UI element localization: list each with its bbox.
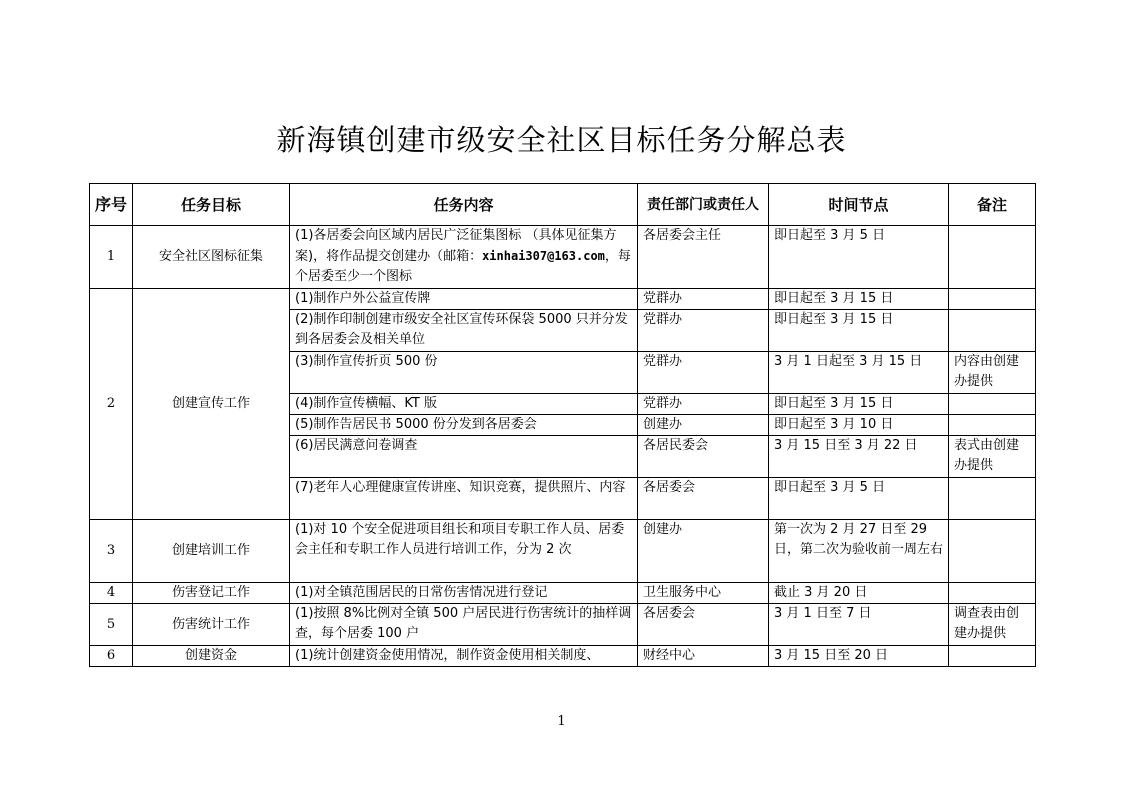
header-deadline: 时间节点 [769,184,949,226]
row-goal: 伤害登记工作 [133,583,290,604]
row-remark [949,289,1036,310]
header-owner: 责任部门或责任人 [638,184,769,226]
row-owner: 党群办 [638,352,769,394]
row-deadline: 第一次为 2 月 27 日至 29 日，第二次为验收前一周左右 [769,520,949,583]
row-content: (3)制作宣传折页 500 份 [290,352,638,394]
row-content: (1)对全镇范围居民的日常伤害情况进行登记 [290,583,638,604]
row-goal: 创建培训工作 [133,520,290,583]
row-deadline: 即日起至 3 月 15 日 [769,394,949,415]
row-content: (2)制作印制创建市级安全社区宣传环保袋 5000 只并分发到各居委会及相关单位 [290,310,638,352]
row-owner: 各居委会 [638,478,769,520]
row-deadline: 3 月 15 日至 20 日 [769,646,949,667]
header-goal: 任务目标 [133,184,290,226]
row-no: 6 [90,646,133,667]
row-deadline: 即日起至 3 月 15 日 [769,310,949,352]
row-owner: 各居民委会 [638,436,769,478]
table-row: 6 创建资金 (1)统计创建资金使用情况，制作资金使用相关制度、 财经中心 3 … [90,646,1036,667]
row-remark: 调查表由创建办提供 [949,604,1036,646]
row-owner: 各居委会 [638,604,769,646]
row-content: (4)制作宣传横幅、KT 版 [290,394,638,415]
row-goal: 安全社区图标征集 [133,226,290,289]
row-content: (1)各居委会向区域内居民广泛征集图标 （具体见征集方案)，将作品提交创建办（邮… [290,226,638,289]
row-deadline: 截止 3 月 20 日 [769,583,949,604]
header-no: 序号 [90,184,133,226]
row-content: (1)对 10 个安全促进项目组长和项目专职工作人员、居委会主任和专职工作人员进… [290,520,638,583]
row-deadline: 即日起至 3 月 10 日 [769,415,949,436]
row-deadline: 3 月 15 日至 3 月 22 日 [769,436,949,478]
row-owner: 党群办 [638,289,769,310]
row-remark: 表式由创建办提供 [949,436,1036,478]
table-row: 2 创建宣传工作 (1)制作户外公益宣传牌 党群办 即日起至 3 月 15 日 [90,289,1036,310]
row-owner: 财经中心 [638,646,769,667]
table-header-row: 序号 任务目标 任务内容 责任部门或责任人 时间节点 备注 [90,184,1036,226]
table-row: 3 创建培训工作 (1)对 10 个安全促进项目组长和项目专职工作人员、居委会主… [90,520,1036,583]
page-number: 1 [0,714,1123,729]
row-deadline: 即日起至 3 月 5 日 [769,478,949,520]
row-remark [949,415,1036,436]
header-remark: 备注 [949,184,1036,226]
row-no: 5 [90,604,133,646]
row-remark [949,520,1036,583]
row-owner: 各居委会主任 [638,226,769,289]
row-remark [949,310,1036,352]
row-content: (6)居民满意问卷调查 [290,436,638,478]
row-deadline: 即日起至 3 月 5 日 [769,226,949,289]
row-owner: 党群办 [638,394,769,415]
task-breakdown-table: 序号 任务目标 任务内容 责任部门或责任人 时间节点 备注 1 安全社区图标征集… [89,183,1036,667]
row-remark [949,478,1036,520]
row-remark [949,583,1036,604]
row-content: (1)统计创建资金使用情况，制作资金使用相关制度、 [290,646,638,667]
table-row: 5 伤害统计工作 (1)按照 8%比例对全镇 500 户居民进行伤害统计的抽样调… [90,604,1036,646]
row-deadline: 3 月 1 日起至 3 月 15 日 [769,352,949,394]
email-link[interactable]: xinhai307@163.com [482,249,605,263]
row-content: (7)老年人心理健康宣传讲座、知识竞赛，提供照片、内容 [290,478,638,520]
table-row: 1 安全社区图标征集 (1)各居委会向区域内居民广泛征集图标 （具体见征集方案)… [90,226,1036,289]
row-content: (1)制作户外公益宣传牌 [290,289,638,310]
row-content: (1)按照 8%比例对全镇 500 户居民进行伤害统计的抽样调查，每个居委 10… [290,604,638,646]
row-no: 4 [90,583,133,604]
row-goal: 伤害统计工作 [133,604,290,646]
row-no: 1 [90,226,133,289]
row-owner: 卫生服务中心 [638,583,769,604]
page-title: 新海镇创建市级安全社区目标任务分解总表 [0,122,1123,158]
row-goal: 创建资金 [133,646,290,667]
row-no: 2 [90,289,133,520]
row-remark [949,394,1036,415]
row-deadline: 3 月 1 日至 7 日 [769,604,949,646]
row-content: (5)制作告居民书 5000 份分发到各居委会 [290,415,638,436]
row-remark [949,226,1036,289]
row-deadline: 即日起至 3 月 15 日 [769,289,949,310]
header-content: 任务内容 [290,184,638,226]
row-no: 3 [90,520,133,583]
row-owner: 党群办 [638,310,769,352]
row-goal: 创建宣传工作 [133,289,290,520]
row-remark [949,646,1036,667]
row-remark: 内容由创建办提供 [949,352,1036,394]
row-owner: 创建办 [638,415,769,436]
row-owner: 创建办 [638,520,769,583]
table-row: 4 伤害登记工作 (1)对全镇范围居民的日常伤害情况进行登记 卫生服务中心 截止… [90,583,1036,604]
